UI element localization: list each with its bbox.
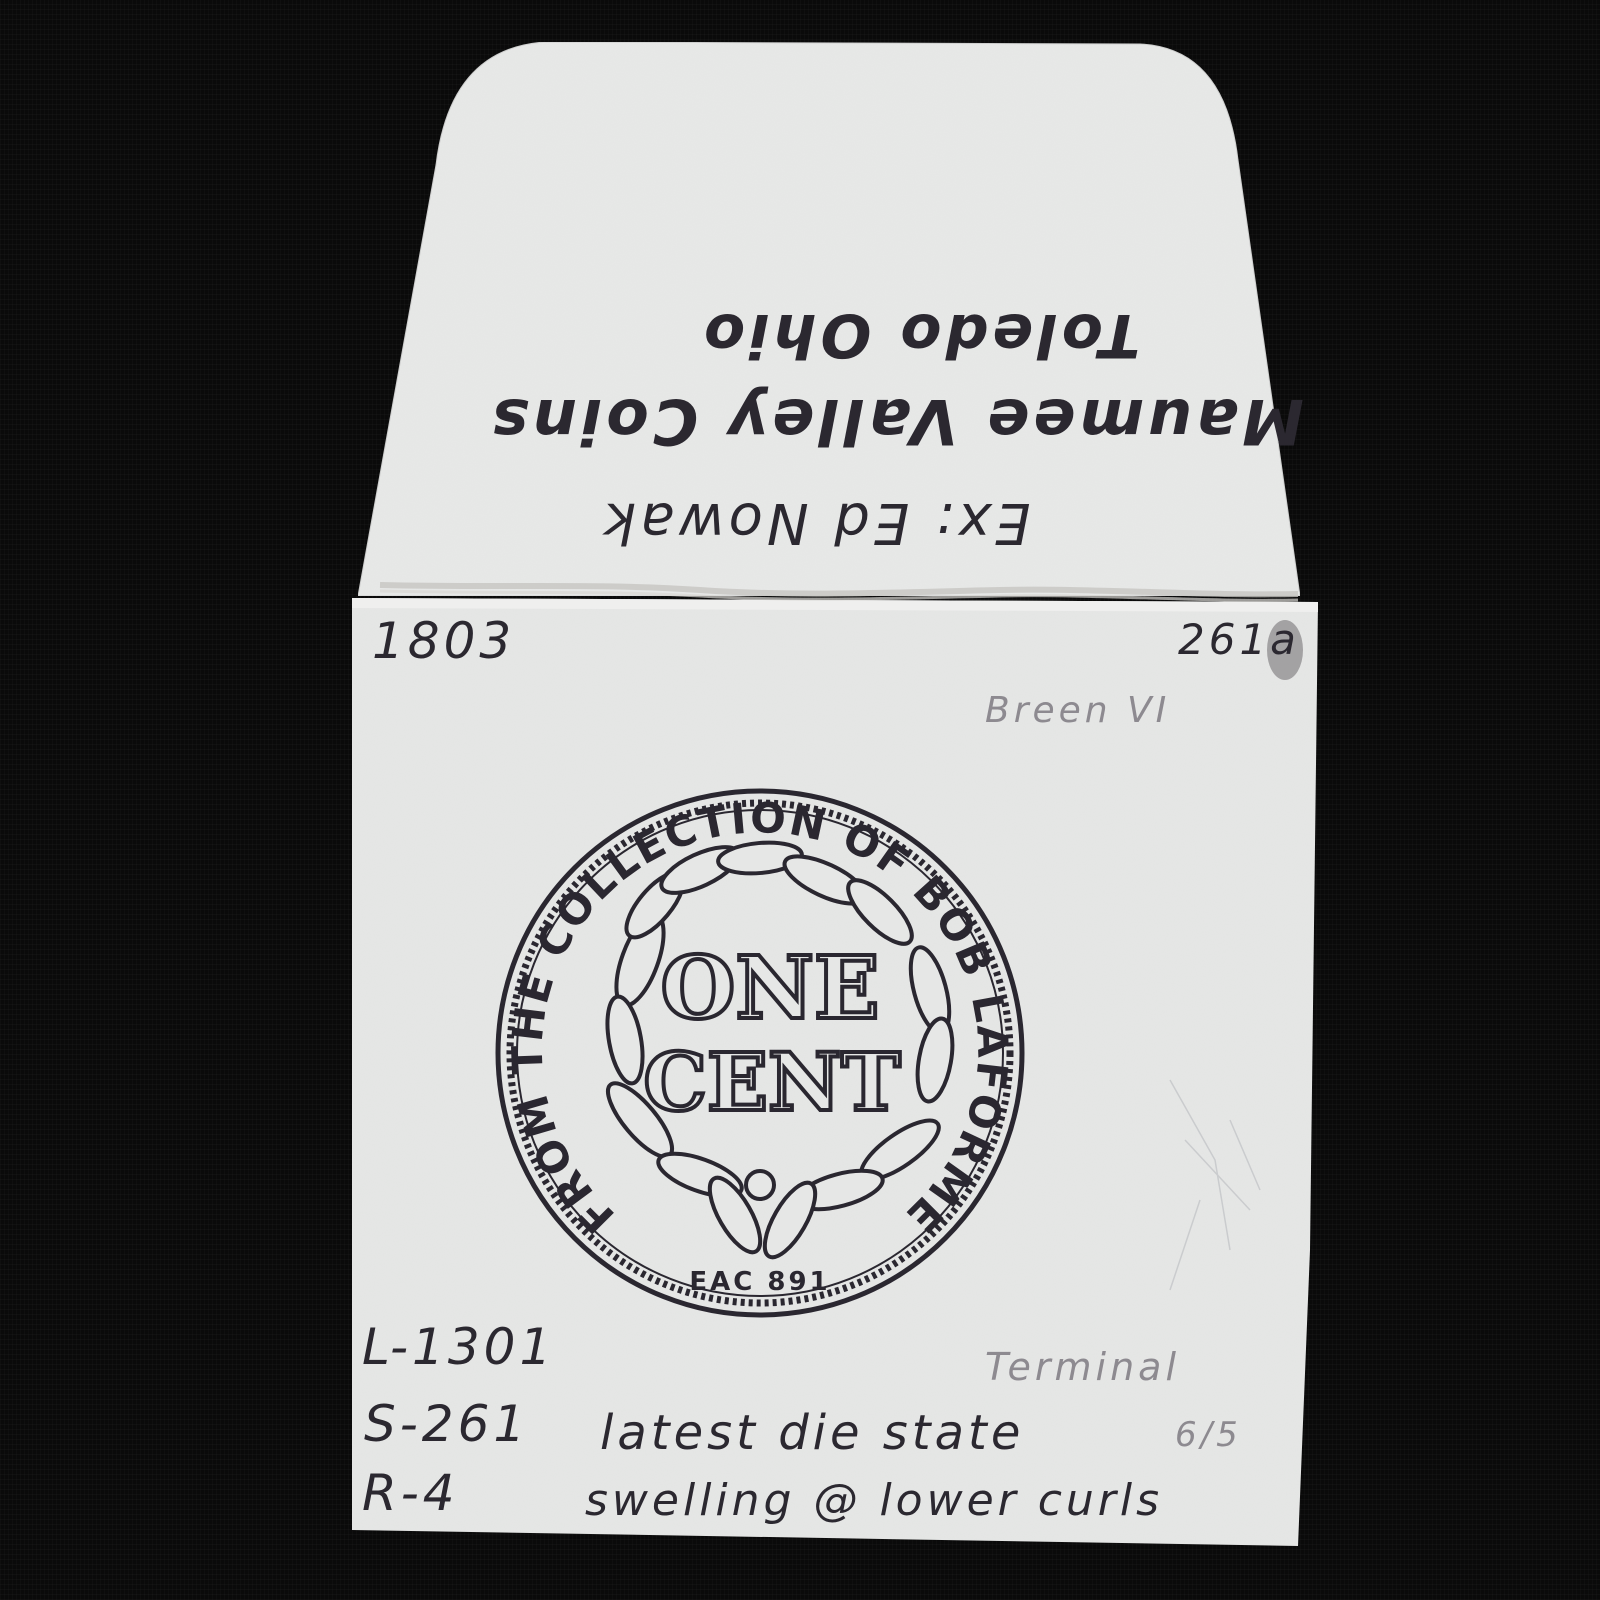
year-label: 1803 bbox=[372, 612, 515, 670]
breen-reference: Breen VI bbox=[985, 690, 1170, 731]
attribution-line-2: S-261 bbox=[364, 1395, 529, 1453]
terminal-pencil-note: Terminal bbox=[985, 1345, 1180, 1389]
description-note: swelling @ lower curls bbox=[585, 1475, 1163, 1526]
envelope-photo: FROM THE COLLECTION OF BOB LAFORME ONE C… bbox=[0, 0, 1600, 1600]
stamp-member-number: EAC 891 bbox=[689, 1267, 830, 1297]
grade-pencil-note: 6/5 bbox=[1175, 1415, 1242, 1455]
stamp-cent-text: CENT bbox=[643, 1035, 900, 1129]
flap-city-line: Toledo Ohio bbox=[700, 300, 1140, 370]
attribution-line-1: L-1301 bbox=[362, 1318, 555, 1376]
variety-number: 261a bbox=[1178, 615, 1300, 664]
flap-dealer-line: Maumee Valley Coins bbox=[488, 385, 1304, 458]
attribution-line-3: R-4 bbox=[362, 1464, 459, 1522]
flap-ex-line: Ex: Ed Nowak bbox=[600, 490, 1031, 555]
die-state-note: latest die state bbox=[600, 1405, 1024, 1461]
stamp-one-text: ONE bbox=[660, 938, 879, 1039]
